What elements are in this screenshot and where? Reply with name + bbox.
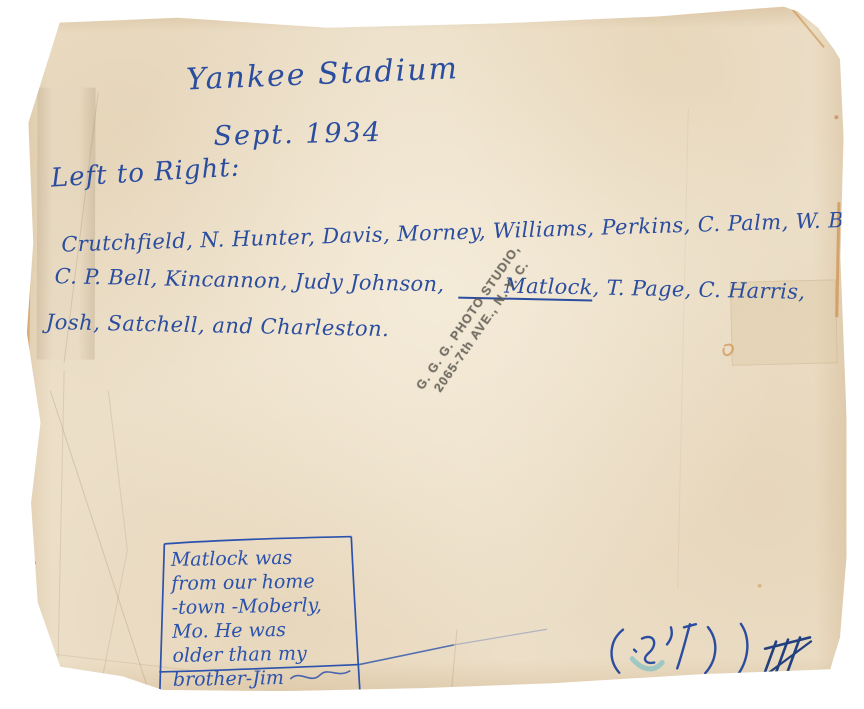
- note-line: from our home: [171, 568, 371, 595]
- date-line: Sept. 1934: [213, 117, 382, 152]
- note-line: Matlock was: [171, 544, 371, 571]
- margin-scribble-marks: [611, 624, 747, 678]
- pen-line-from-box: [359, 629, 547, 664]
- names-line-2: C. P. Bell, Kincannon, Judy Johnson,Matl…: [54, 264, 805, 304]
- note-line: -town -Moberly,: [171, 592, 371, 619]
- names-line-3: Josh, Satchell, and Charleston.: [46, 310, 390, 341]
- names-line-2-before: C. P. Bell, Kincannon, Judy Johnson,: [54, 264, 444, 296]
- photo-paper: Yankee Stadium Sept. 1934 Left to Right:…: [24, 3, 849, 697]
- note-line: Mo. He was: [172, 616, 372, 643]
- names-line-2-after: , T. Page, C. Harris,: [592, 275, 805, 303]
- location-title: Yankee Stadium: [185, 51, 459, 97]
- stamp-line-2: 2065-7th AVE., N. Y. C.: [415, 235, 547, 417]
- photo-studio-stamp: G. G. G. PHOTO STUDIO, 2065-7th AVE., N.…: [402, 226, 548, 417]
- tally-marks: [759, 637, 811, 679]
- stamp-line-1: G. G. G. PHOTO STUDIO,: [402, 226, 534, 408]
- names-line-1: Crutchfield, N. Hunter, Davis, Morney, W…: [61, 207, 864, 257]
- note-line: brother-Jim: [173, 664, 373, 691]
- note-box-text: Matlock was from our home -town -Moberly…: [171, 544, 373, 691]
- note-line: older than my: [172, 640, 372, 667]
- photo-back-scan: Yankee Stadium Sept. 1934 Left to Right:…: [0, 0, 864, 709]
